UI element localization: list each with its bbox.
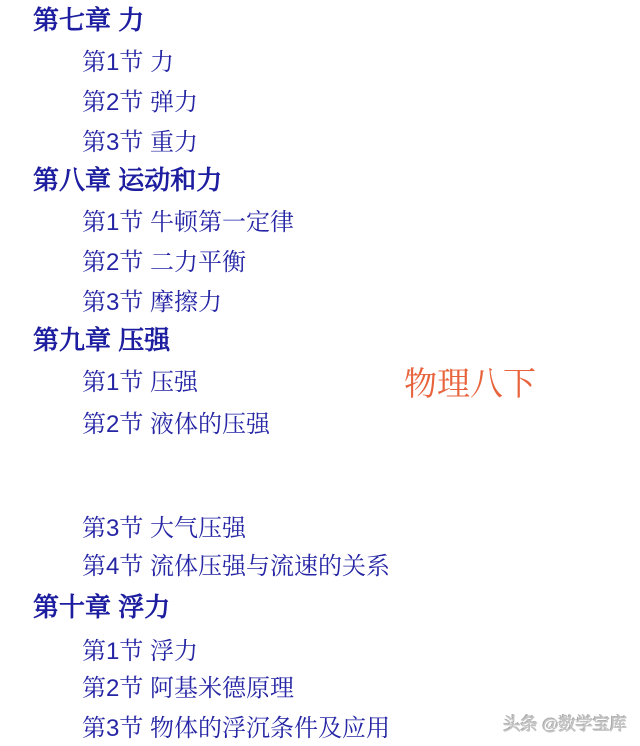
watermark: 头条 @数学宝库 [504, 710, 627, 735]
toc-section-row: 第1节 牛顿第一定律 [82, 199, 294, 239]
toc-section-row: 第4节 流体压强与流速的关系 [82, 543, 390, 583]
toc-section-row: 第1节 压强 [82, 359, 198, 399]
toc-section-row: 第2节 液体的压强 [82, 401, 270, 441]
toc-section-row: 第2节 二力平衡 [82, 239, 246, 279]
toc-chapter-row: 第十章 浮力 [33, 585, 170, 625]
toc-page: 第七章 力 第1节 力 第2节 弹力 第3节 重力 第八章 运动和力 第1节 牛… [0, 0, 640, 746]
book-title-label: 物理八下 [404, 358, 536, 405]
toc-section-row: 第3节 摩擦力 [82, 279, 222, 319]
toc-chapter-row: 第七章 力 [33, 0, 144, 38]
toc-section-row: 第1节 力 [82, 39, 174, 79]
toc-section-row: 第3节 重力 [82, 119, 198, 159]
toc-section-row: 第2节 弹力 [82, 79, 198, 119]
toc-chapter-row: 第八章 运动和力 [33, 158, 222, 198]
toc-section-row: 第2节 阿基米德原理 [82, 665, 294, 705]
toc-section-row: 第3节 大气压强 [82, 505, 246, 545]
toc-chapter-row: 第九章 压强 [33, 318, 170, 358]
toc-section-row: 第3节 物体的浮沉条件及应用 [82, 705, 390, 745]
toc-section-row: 第1节 浮力 [82, 628, 198, 668]
